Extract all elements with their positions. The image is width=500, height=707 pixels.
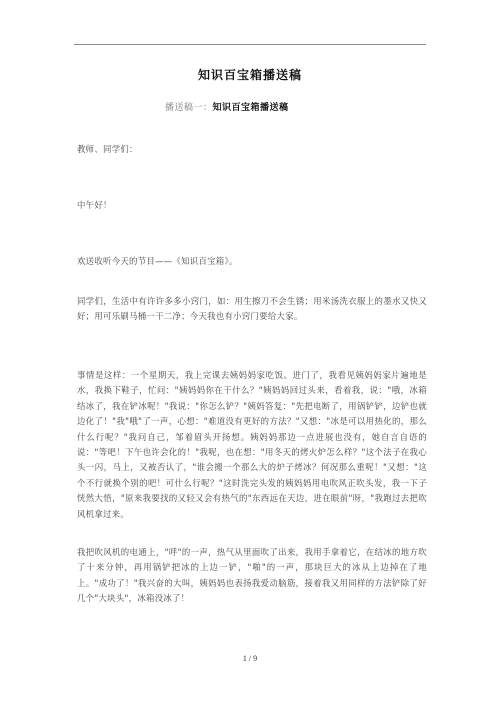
- paragraph-intro: 同学们，生活中有许许多多小窍门，如：用生擦刀不会生锈；用米汤洗衣服上的墨水又快又…: [77, 294, 427, 325]
- header-rule: [74, 44, 426, 45]
- page-number: 1 / 9: [0, 654, 500, 663]
- document-subtitle: 播送稿一：知识百宝箱播送稿: [165, 100, 289, 113]
- document-title: 知识百宝箱播送稿: [0, 66, 500, 83]
- paragraph-welcome: 欢送收听今天的节目——《知识百宝箱》。: [77, 254, 427, 269]
- paragraph-greeting: 教师、同学们：: [77, 142, 427, 157]
- paragraph-noon: 中午好！: [77, 198, 427, 213]
- subtitle-main: 知识百宝箱播送稿: [213, 103, 289, 113]
- paragraph-result: 我把吹风机的电通上，"呼"的一声，热气从里面吹了出来，我用手拿着它，在结冰的地方…: [77, 545, 427, 607]
- subtitle-prefix: 播送稿一：: [165, 103, 213, 113]
- paragraph-story: 事情是这样：一个星期天，我上完课去姨妈妈家吃饭。进门了，我看见姨妈妈家片遍地是水…: [77, 368, 427, 522]
